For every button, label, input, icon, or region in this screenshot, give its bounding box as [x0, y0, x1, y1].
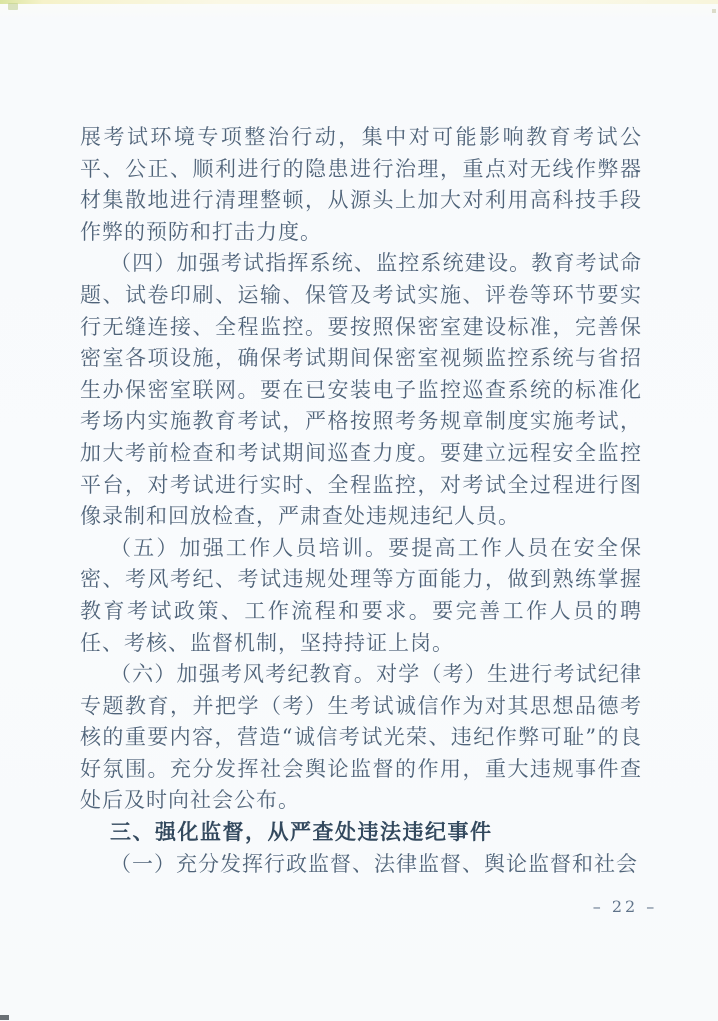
- scan-bottom-left-artifact: [0, 1015, 9, 1020]
- document-body: 展考试环境专项整治行动，集中对可能影响教育考试公平、公正、顺利进行的隐患进行治理…: [80, 122, 642, 880]
- scan-right-edge-artifact: [712, 9, 716, 13]
- scanned-document-page: 展考试环境专项整治行动，集中对可能影响教育考试公平、公正、顺利进行的隐患进行治理…: [0, 0, 718, 1021]
- scan-top-edge-artifact: [0, 0, 718, 4]
- page-number: – 22 –: [590, 897, 660, 916]
- paragraph-section-5: （五）加强工作人员培训。要提高工作人员在安全保密、考风考纪、考试违规处理等方面能…: [80, 533, 642, 659]
- paragraph-section-3-1: （一）充分发挥行政监督、法律监督、舆论监督和社会: [80, 849, 642, 881]
- paragraph-section-6: （六）加强考风考纪教育。对学（考）生进行考试纪律专题教育，并把学（考）生考试诚信…: [80, 659, 642, 817]
- section-heading-3: 三、强化监督，从严查处违法违纪事件: [80, 817, 642, 849]
- paragraph-carryover: 展考试环境专项整治行动，集中对可能影响教育考试公平、公正、顺利进行的隐患进行治理…: [80, 122, 642, 248]
- paragraph-section-4: （四）加强考试指挥系统、监控系统建设。教育考试命题、试卷印刷、运输、保管及考试实…: [80, 248, 642, 532]
- scan-corner-artifact: [8, 3, 18, 10]
